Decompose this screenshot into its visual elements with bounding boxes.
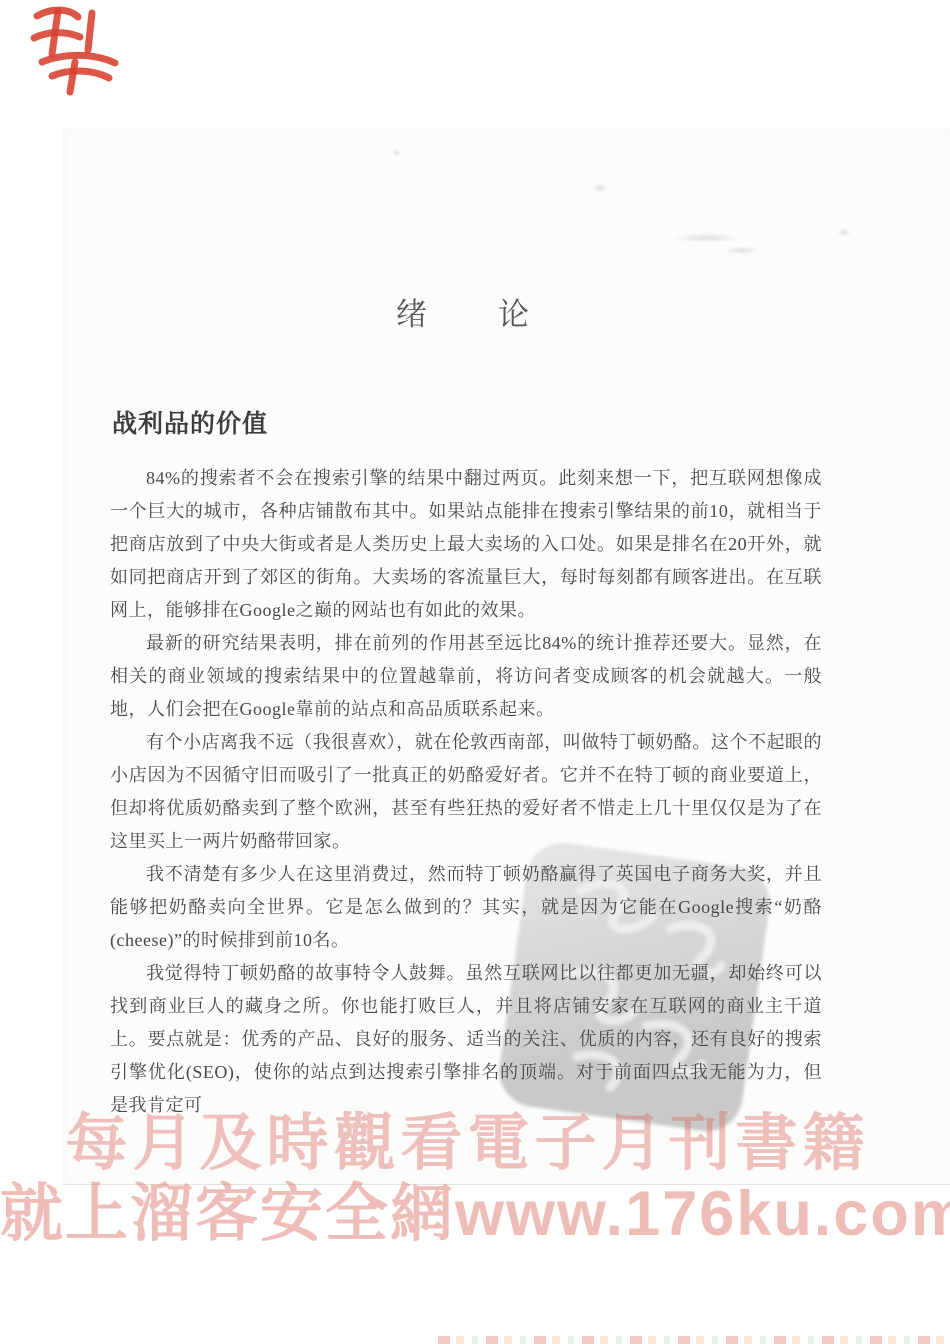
paragraph-3: 有个小店离我不远（我很喜欢），就在伦敦西南部，叫做特丁顿奶酪。这个不起眼的小店因… <box>110 726 822 858</box>
watermark-line-2: 就上溜客安全網www.176ku.com <box>0 1180 950 1249</box>
paragraph-5: 我觉得特丁顿奶酪的故事特令人鼓舞。虽然互联网比以往都更加无疆，却始终可以找到商业… <box>110 957 822 1122</box>
cropped-watermark-strip <box>438 1336 950 1344</box>
bleedthrough-smudge <box>837 228 851 237</box>
scanned-book-page: 绪 论 战利品的价值 84%的搜索者不会在搜索引擎的结果中翻过两页。此刻来想一下… <box>0 0 950 1344</box>
section-heading: 战利品的价值 <box>112 409 268 439</box>
body-text: 84%的搜索者不会在搜索引擎的结果中翻过两页。此刻来想一下，把互联网想像成一个巨… <box>110 462 822 1122</box>
page: 绪 论 战利品的价值 84%的搜索者不会在搜索引擎的结果中翻过两页。此刻来想一下… <box>62 128 950 1185</box>
bleedthrough-smudge <box>392 148 401 157</box>
paragraph-4: 我不清楚有多少人在这里消费过，然而特丁顿奶酪赢得了英国电子商务大奖，并且能够把奶… <box>110 858 822 957</box>
red-ink-annotation <box>22 2 127 97</box>
chapter-title: 绪 论 <box>108 298 820 332</box>
bleedthrough-smudge <box>592 183 608 193</box>
paragraph-2: 最新的研究结果表明，排在前列的作用甚至远比84%的统计推荐还要大。显然，在相关的… <box>110 627 822 726</box>
paragraph-1: 84%的搜索者不会在搜索引擎的结果中翻过两页。此刻来想一下，把互联网想像成一个巨… <box>110 462 822 627</box>
bleedthrough-smudge <box>672 233 742 243</box>
bleedthrough-smudge <box>724 246 760 255</box>
